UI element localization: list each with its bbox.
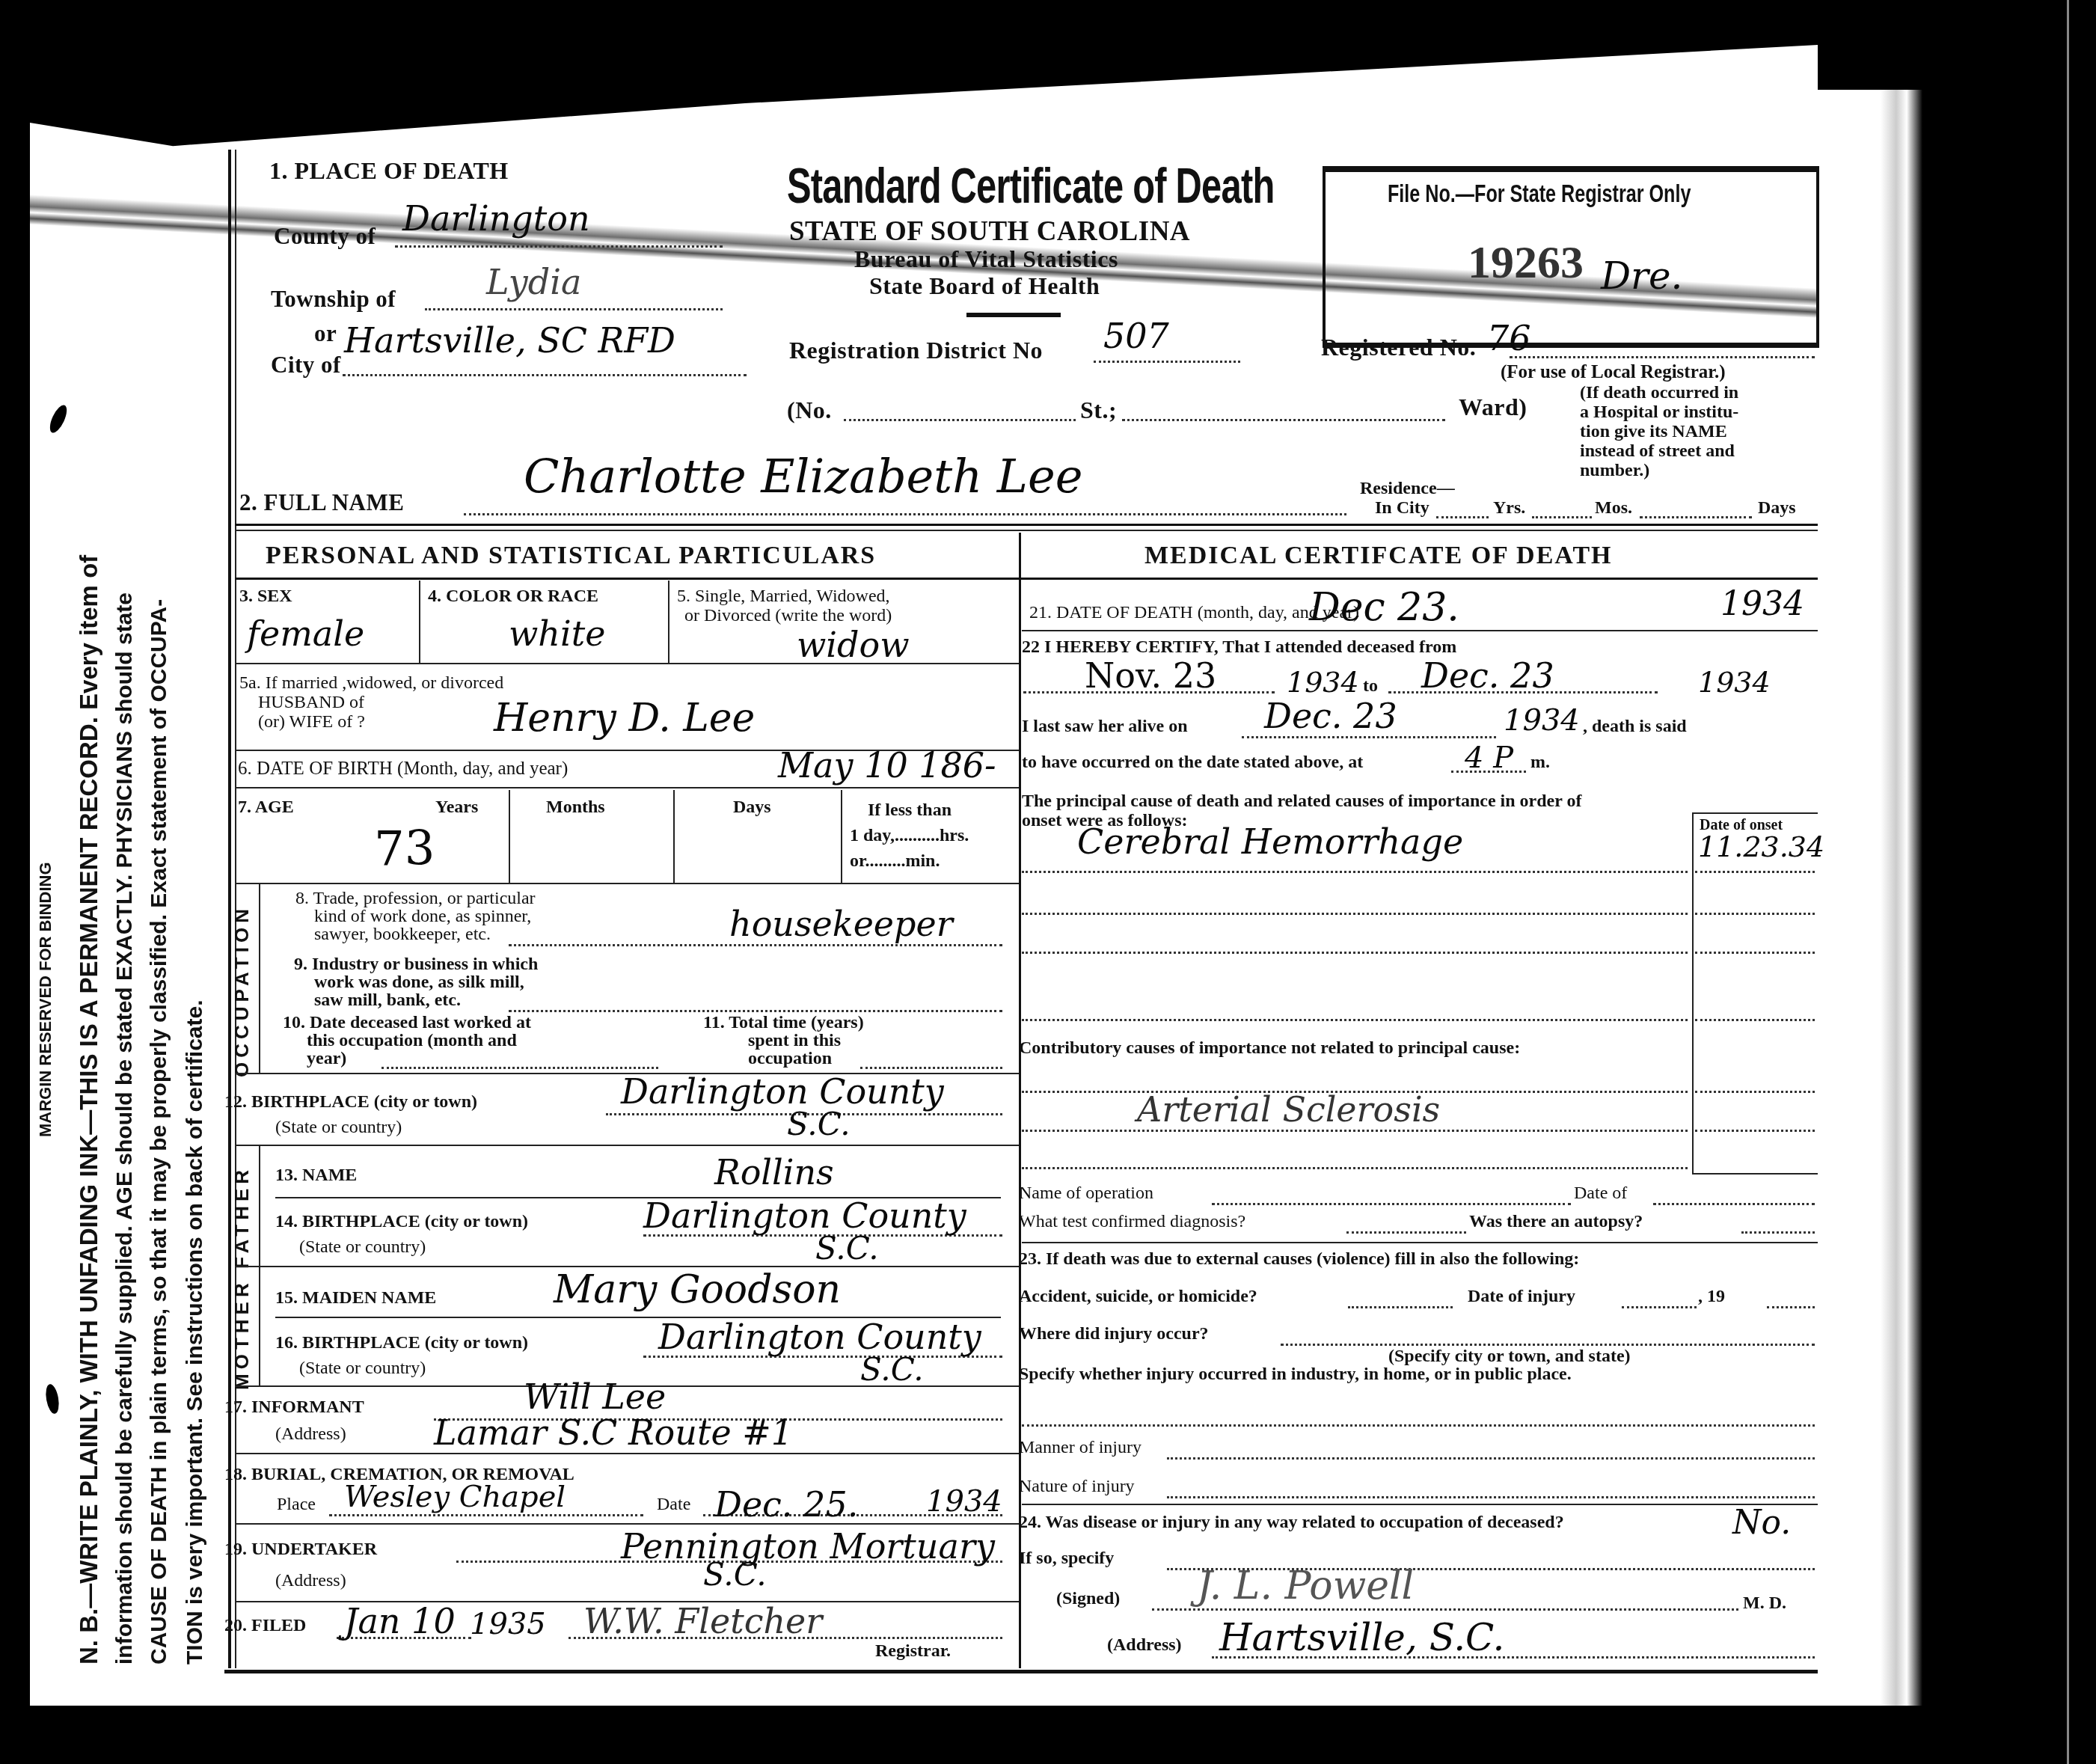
sex-label: 3. SEX xyxy=(239,587,292,607)
father-birthplace-value[interactable]: Darlington County xyxy=(643,1195,966,1236)
section-rule-inner xyxy=(235,530,1818,531)
spouse-label-2: HUSBAND of xyxy=(258,693,364,713)
industry-label-3: saw mill, bank, etc. xyxy=(314,990,461,1011)
township-line xyxy=(425,308,723,310)
marital-label-1: 5. Single, Married, Widowed, xyxy=(677,587,890,607)
row-rule xyxy=(235,1453,1019,1454)
row-rule xyxy=(235,1145,1019,1146)
to-label: to xyxy=(1363,676,1378,696)
informant-address-value[interactable]: Lamar S.C Route #1 xyxy=(434,1412,793,1453)
form-bottom-rule xyxy=(224,1670,1818,1673)
date-of-label: Date of xyxy=(1574,1183,1627,1204)
burial-place-line xyxy=(329,1514,643,1516)
total-time-label-3: occupation xyxy=(748,1049,832,1069)
registered-no-value[interactable]: 76 xyxy=(1487,318,1531,358)
injury-year-label: , 19 xyxy=(1698,1287,1725,1307)
race-divider xyxy=(668,581,669,663)
undertaker-label: 19. UNDERTAKER xyxy=(224,1540,377,1560)
external-causes-label: 23. If death was due to external causes … xyxy=(1019,1249,1579,1270)
principal-cause-value[interactable]: Cerebral Hemorrhage xyxy=(1077,821,1463,862)
registration-district-label: Registration District No xyxy=(789,337,1043,364)
onset-line xyxy=(1695,913,1815,915)
scan-line xyxy=(2067,0,2069,1764)
cause-line xyxy=(1022,913,1688,915)
filed-label: 20. FILED xyxy=(224,1616,306,1636)
residence-days-line xyxy=(1640,516,1752,518)
onset-line xyxy=(1695,1091,1815,1093)
center-divider xyxy=(1019,533,1021,1668)
signature-line xyxy=(1152,1608,1738,1611)
undertaker-address-label: (Address) xyxy=(275,1571,346,1591)
injury-year-line xyxy=(1767,1306,1815,1308)
specify-whether-label: Specify whether injury occurred in indus… xyxy=(1019,1365,1572,1385)
title-rule xyxy=(966,313,1061,317)
personal-section-heading: PERSONAL AND STATISTICAL PARTICULARS xyxy=(266,542,876,570)
less-than-label-1: If less than xyxy=(868,800,952,821)
last-worked-label-2: this occupation (month and xyxy=(307,1031,517,1051)
trade-label-3: sawyer, bookkeeper, etc. xyxy=(314,925,491,945)
age-years-label: Years xyxy=(435,797,478,818)
street-label: St.; xyxy=(1080,396,1117,424)
local-registrar-note: (For use of Local Registrar.) xyxy=(1501,362,1726,383)
township-label: Township of xyxy=(271,286,396,313)
medical-section-heading: MEDICAL CERTIFCATE OF DEATH xyxy=(1144,542,1613,570)
cause-line xyxy=(1022,871,1688,873)
accident-line xyxy=(1348,1306,1453,1308)
cause-line xyxy=(1022,1019,1688,1021)
onset-line xyxy=(1695,952,1815,954)
mother-name-label: 15. MAIDEN NAME xyxy=(275,1288,436,1308)
spouse-value[interactable]: Henry D. Lee xyxy=(494,696,755,741)
last-saw-value[interactable]: Dec. 23 xyxy=(1264,696,1397,736)
row-rule xyxy=(235,1523,1019,1525)
file-number-label: File No.—For State Registrar Only xyxy=(1388,180,1691,209)
total-time-line xyxy=(860,1067,1002,1069)
injury-date-line xyxy=(1622,1306,1697,1308)
ward-label: Ward) xyxy=(1459,393,1527,421)
marital-label-2: or Divorced (write the word) xyxy=(684,606,892,626)
trade-line xyxy=(509,944,1002,946)
trade-label-1: 8. Trade, profession, or particular xyxy=(295,889,536,909)
row-rule xyxy=(235,883,1019,884)
specify-city-label: (Specify city or town, and state) xyxy=(1388,1347,1631,1367)
manner-label: Manner of injury xyxy=(1019,1438,1142,1458)
mother-birthplace-value[interactable]: Darlington County xyxy=(658,1317,981,1357)
board-name: State Board of Health xyxy=(869,272,1100,300)
residence-years-line xyxy=(1436,516,1489,518)
father-state-label: (State or country) xyxy=(299,1237,426,1258)
attended-to-year[interactable]: 1934 xyxy=(1698,666,1771,699)
burial-date-value[interactable]: Dec. 25. xyxy=(714,1484,858,1525)
burial-date-label: Date xyxy=(657,1495,690,1515)
registrar-label: Registrar. xyxy=(875,1641,951,1662)
dod-value[interactable]: Dec 23. xyxy=(1309,585,1459,630)
filed-date-value[interactable]: Jan 10 xyxy=(344,1601,456,1641)
margin-reserved-note: MARGIN RESERVED FOR BINDING xyxy=(36,862,55,1137)
informant-address-label: (Address) xyxy=(275,1424,346,1445)
margin-instruction-line-2: information should be carefully supplied… xyxy=(112,592,138,1665)
in-city-label: In City xyxy=(1375,498,1429,518)
death-said-label: , death is said xyxy=(1583,717,1687,737)
contributory-line xyxy=(1022,1167,1688,1169)
spouse-label-3: (or) WIFE of ? xyxy=(258,712,365,732)
burial-year-value[interactable]: 1934 xyxy=(926,1484,1002,1519)
page-stack-edge xyxy=(1818,90,1922,1706)
total-time-label-1: 11. Total time (years) xyxy=(703,1013,864,1033)
certify-label: 22 I HEREBY CERTIFY, That I attended dec… xyxy=(1022,637,1456,658)
physician-address-value[interactable]: Hartsville, S.C. xyxy=(1219,1616,1504,1659)
registered-no-line xyxy=(1510,356,1815,358)
row-rule xyxy=(1022,630,1818,631)
date-of-line xyxy=(1653,1203,1815,1205)
dod-year-value[interactable]: 1934 xyxy=(1720,585,1804,623)
city-line xyxy=(343,374,747,376)
registration-district-value[interactable]: 507 xyxy=(1103,316,1169,356)
county-value[interactable]: Darlington xyxy=(402,198,590,239)
registration-district-line xyxy=(1094,361,1240,363)
county-label: County of xyxy=(274,223,376,250)
onset-column-divider xyxy=(1692,812,1694,1104)
less-than-label-2: 1 day,..........hrs. xyxy=(850,826,969,846)
father-name-label: 13. NAME xyxy=(275,1166,357,1186)
total-time-label-2: spent in this xyxy=(748,1031,841,1051)
mother-state-label: (State or country) xyxy=(299,1359,426,1379)
full-name-line xyxy=(464,513,1346,515)
contributory-cause-value[interactable]: Arterial Sclerosis xyxy=(1137,1089,1440,1130)
section-rule xyxy=(235,524,1818,526)
row-rule xyxy=(1022,1504,1818,1505)
occurred-label: to have occurred on the date stated abov… xyxy=(1022,753,1363,773)
onset-line xyxy=(1695,1130,1815,1132)
residence-months-line xyxy=(1532,516,1592,518)
mother-side-label: MOTHER xyxy=(230,1278,254,1390)
occupation-side-label: OCCUPATION xyxy=(230,904,254,1077)
row-rule xyxy=(235,663,1019,664)
state-name: STATE OF SOUTH CAROLINA xyxy=(789,215,1190,248)
attended-from-value[interactable]: Nov. 23 xyxy=(1085,655,1216,696)
attended-to-value[interactable]: Dec. 23 xyxy=(1421,655,1554,696)
injury-place-line xyxy=(1022,1424,1815,1427)
contributory-label: Contributory causes of importance not re… xyxy=(1019,1038,1520,1059)
birthplace-state-value[interactable]: S.C. xyxy=(787,1106,851,1142)
last-saw-year[interactable]: 1934 xyxy=(1504,703,1580,738)
occupation-related-value[interactable]: No. xyxy=(1732,1504,1791,1542)
mother-side-divider xyxy=(259,1267,260,1387)
if-so-label: If so, specify xyxy=(1019,1549,1114,1569)
certificate-title: Standard Certificate of Death xyxy=(787,157,1275,214)
onset-line xyxy=(1695,871,1815,873)
burial-place-label: Place xyxy=(277,1495,316,1515)
heading-rule xyxy=(235,578,1818,580)
sex-divider xyxy=(419,581,420,663)
occupation-related-label: 24. Was disease or injury in any way rel… xyxy=(1019,1513,1564,1533)
signed-label: (Signed) xyxy=(1056,1589,1120,1609)
burial-place-value[interactable]: Wesley Chapel xyxy=(344,1480,566,1514)
sex-value[interactable]: female xyxy=(247,613,364,654)
birthplace-value[interactable]: Darlington County xyxy=(621,1071,944,1112)
principal-label-1: The principal cause of death and related… xyxy=(1022,791,1581,812)
father-birthplace-label: 14. BIRTHPLACE (city or town) xyxy=(275,1212,528,1232)
marital-value[interactable]: widow xyxy=(797,625,910,665)
street-no-label: (No. xyxy=(787,396,832,424)
trade-label-2: kind of work done, as spinner, xyxy=(314,907,531,927)
years-label: Yrs. xyxy=(1493,498,1525,518)
operation-label: Name of operation xyxy=(1019,1183,1153,1204)
nature-label: Nature of injury xyxy=(1019,1477,1135,1497)
father-birthplace-state-value[interactable]: S.C. xyxy=(815,1230,879,1267)
residence-label: Residence— xyxy=(1360,479,1455,499)
hospital-note: (If death occurred in a Hospital or inst… xyxy=(1580,383,1738,480)
registered-no-label: Registered No. xyxy=(1321,334,1476,361)
street-line xyxy=(1122,419,1445,421)
age-label: 7. AGE xyxy=(238,797,294,818)
margin-instruction-line-4: TION is very important. See instructions… xyxy=(183,999,208,1665)
age-divider xyxy=(673,790,675,883)
age-years-value[interactable]: 73 xyxy=(374,821,435,877)
accident-label: Accident, suicide, or homicide? xyxy=(1019,1287,1257,1307)
test-line xyxy=(1346,1231,1466,1234)
undertaker-address-value[interactable]: S.C. xyxy=(703,1556,767,1593)
or-label: or xyxy=(314,320,337,347)
dob-label: 6. DATE OF BIRTH (Month, day, and year) xyxy=(238,759,568,780)
city-value[interactable]: Hartsville, SC RFD xyxy=(344,320,675,361)
onset-column-bottom xyxy=(1692,1173,1818,1175)
autopsy-line xyxy=(1741,1231,1815,1234)
mother-name-value[interactable]: Mary Goodson xyxy=(554,1267,841,1312)
principal-onset-value[interactable]: 11.23.34 xyxy=(1698,830,1824,863)
where-injury-line xyxy=(1281,1344,1815,1346)
race-value[interactable]: white xyxy=(509,613,605,654)
father-name-value[interactable]: Rollins xyxy=(714,1152,834,1192)
md-label: M. D. xyxy=(1743,1593,1786,1614)
filed-year-value[interactable]: 1935 xyxy=(470,1607,546,1641)
injury-date-label: Date of injury xyxy=(1468,1287,1575,1307)
margin-instruction-line-3: CAUSE OF DEATH in plain terms, so that i… xyxy=(147,599,172,1665)
operation-line xyxy=(1212,1203,1571,1205)
onset-column-divider xyxy=(1692,1104,1694,1173)
time-value[interactable]: 4 P xyxy=(1465,741,1513,775)
bureau-name: Bureau of Vital Statistics xyxy=(854,245,1118,273)
mother-birthplace-label: 16. BIRTHPLACE (city or town) xyxy=(275,1333,528,1353)
age-divider xyxy=(841,790,842,883)
margin-instruction-line-1: N. B.—WRITE PLAINLY, WITH UNFADING INK—T… xyxy=(75,555,103,1665)
industry-label-2: work was done, as silk mill, xyxy=(314,973,524,993)
race-label: 4. COLOR OR RACE xyxy=(428,587,598,607)
cause-line xyxy=(1022,952,1688,954)
occupation-side-divider xyxy=(259,884,260,1073)
trade-value[interactable]: housekeeper xyxy=(729,904,953,944)
physician-signature: J. L. Powell xyxy=(1197,1564,1414,1608)
onset-column-top xyxy=(1692,812,1818,814)
street-no-line xyxy=(844,419,1076,421)
file-number-annotation: Dre. xyxy=(1601,254,1682,298)
mother-birthplace-state-value[interactable]: S.C. xyxy=(860,1351,924,1388)
county-line xyxy=(395,245,723,248)
registrar-signature: W.W. Fletcher xyxy=(583,1601,822,1641)
full-name-label: 2. FULL NAME xyxy=(239,489,404,516)
physician-address-label: (Address) xyxy=(1107,1635,1182,1656)
birthplace-label: 12. BIRTHPLACE (city or town) xyxy=(224,1092,477,1112)
township-value[interactable]: Lydia xyxy=(486,262,581,302)
where-injury-label: Where did injury occur? xyxy=(1019,1324,1209,1344)
contributory-line xyxy=(1022,1130,1688,1132)
dob-value[interactable]: May 10 186- xyxy=(778,745,996,785)
autopsy-label: Was there an autopsy? xyxy=(1469,1212,1643,1232)
age-divider xyxy=(509,790,510,883)
informant-value[interactable]: Will Lee xyxy=(524,1376,666,1417)
nature-line xyxy=(1167,1496,1815,1498)
full-name-value[interactable]: Charlotte Elizabeth Lee xyxy=(524,449,1082,503)
birthplace-state-label: (State or country) xyxy=(275,1118,402,1138)
age-days-label: Days xyxy=(733,797,771,818)
row-rule xyxy=(1022,1242,1818,1243)
less-than-label-3: or.........min. xyxy=(850,851,940,872)
industry-label-1: 9. Industry or business in which xyxy=(294,955,538,975)
attended-from-year[interactable]: 1934 xyxy=(1287,666,1359,699)
spouse-label-1: 5a. If married ,widowed, or divorced xyxy=(239,673,503,693)
last-worked-line xyxy=(381,1067,658,1069)
onset-line xyxy=(1695,1019,1815,1021)
test-label: What test confirmed diagnosis? xyxy=(1019,1212,1245,1232)
informant-label: 17. INFORMANT xyxy=(224,1397,364,1418)
last-worked-label-3: year) xyxy=(307,1049,346,1069)
row-rule xyxy=(235,787,1019,788)
father-side-divider xyxy=(259,1146,260,1266)
last-saw-label: I last saw her alive on xyxy=(1022,717,1188,737)
place-of-death-heading: 1. PLACE OF DEATH xyxy=(269,157,509,185)
m-label: m. xyxy=(1530,753,1550,773)
days-label: Days xyxy=(1758,498,1796,518)
father-side-label: FATHER xyxy=(230,1166,254,1269)
industry-line xyxy=(509,1010,1002,1012)
months-label: Mos. xyxy=(1595,498,1632,518)
last-saw-line xyxy=(1242,736,1496,738)
last-worked-label-1: 10. Date deceased last worked at xyxy=(283,1013,531,1033)
manner-line xyxy=(1167,1457,1815,1460)
undertaker-value[interactable]: Pennington Mortuary xyxy=(621,1526,995,1567)
age-months-label: Months xyxy=(546,797,605,818)
city-label: City of xyxy=(271,352,341,379)
file-number-value: 19263 xyxy=(1468,236,1584,290)
